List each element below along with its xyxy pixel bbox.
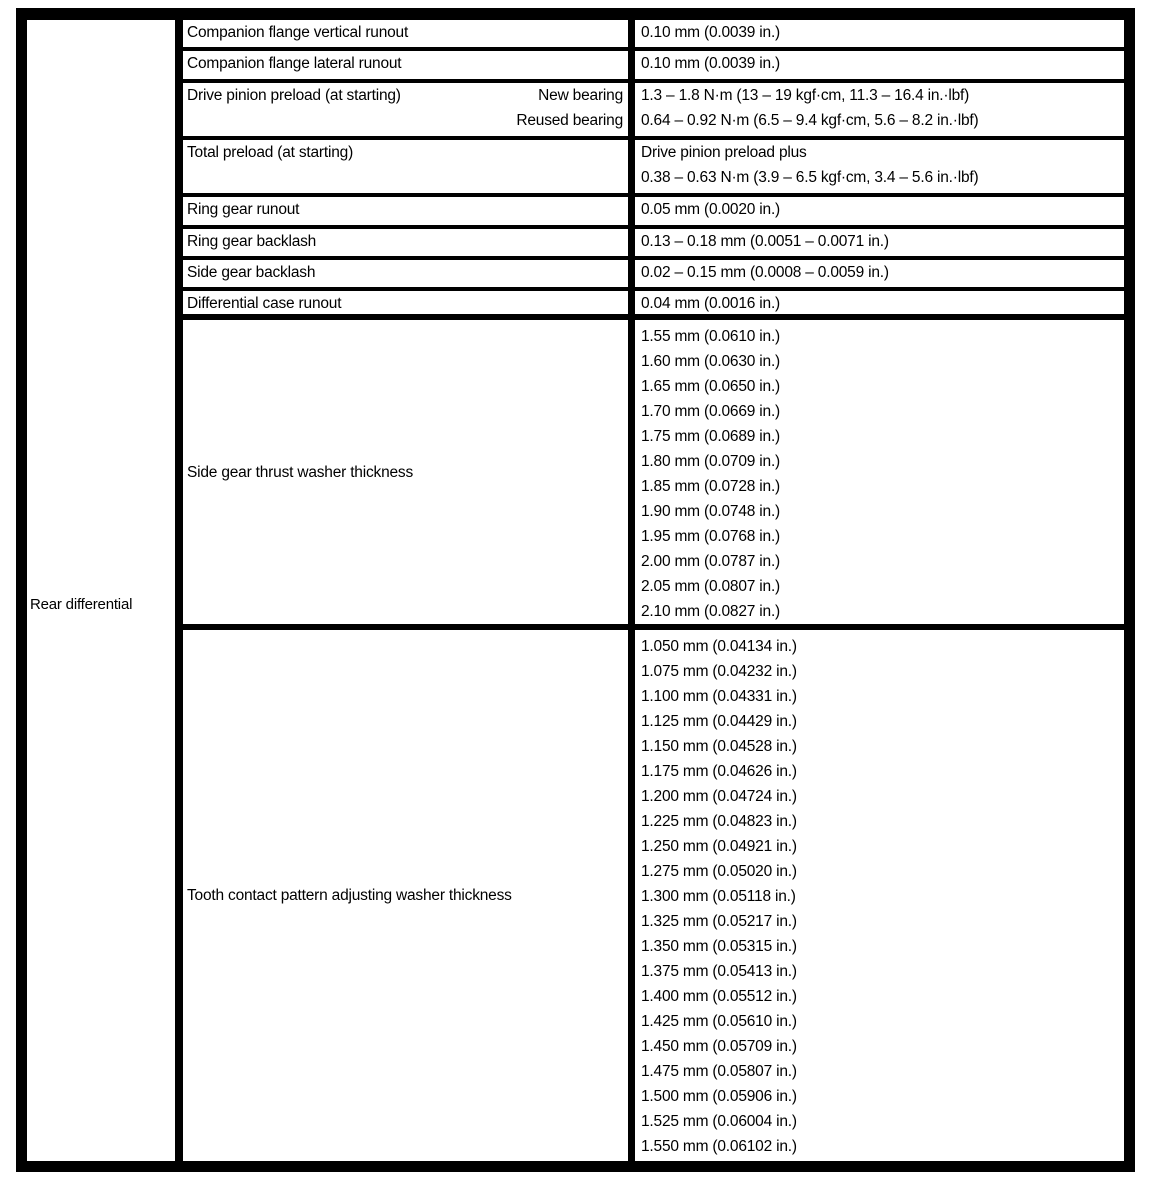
value-line: 1.325 mm (0.05217 in.) [641, 911, 1124, 936]
value-line: 0.02 – 0.15 mm (0.0008 – 0.0059 in.) [641, 262, 1124, 287]
value-line: 1.425 mm (0.05610 in.) [641, 1011, 1124, 1036]
table-row: Companion flange lateral runout0.10 mm (… [183, 51, 1124, 83]
row-value: 0.13 – 0.18 mm (0.0051 – 0.0071 in.) [635, 229, 1124, 256]
value-line: 0.13 – 0.18 mm (0.0051 – 0.0071 in.) [641, 231, 1124, 256]
row-value: 0.10 mm (0.0039 in.) [635, 51, 1124, 79]
value-line: 1.75 mm (0.0689 in.) [641, 426, 1124, 451]
row-label-text: Side gear thrust washer thickness [187, 462, 413, 483]
row-label: Companion flange vertical runout [183, 20, 635, 47]
row-label: Companion flange lateral runout [183, 51, 635, 79]
value-line: 1.85 mm (0.0728 in.) [641, 476, 1124, 501]
row-label-text: Side gear backlash [187, 264, 315, 281]
value-line: 1.500 mm (0.05906 in.) [641, 1086, 1124, 1111]
value-line: 1.225 mm (0.04823 in.) [641, 811, 1124, 836]
table-row: Drive pinion preload (at starting)New be… [183, 83, 1124, 139]
value-line: 0.04 mm (0.0016 in.) [641, 293, 1124, 318]
value-line: 1.450 mm (0.05709 in.) [641, 1036, 1124, 1061]
table-row: Differential case runout0.04 mm (0.0016 … [183, 291, 1124, 320]
table-row: Ring gear backlash0.13 – 0.18 mm (0.0051… [183, 229, 1124, 260]
value-line: 1.250 mm (0.04921 in.) [641, 836, 1124, 861]
value-line: 1.525 mm (0.06004 in.) [641, 1111, 1124, 1136]
value-line: 0.38 – 0.63 N·m (3.9 – 6.5 kgf·cm, 3.4 –… [641, 167, 1124, 192]
group-cell: Rear differential [27, 20, 183, 1161]
table-row: Companion flange vertical runout0.10 mm … [183, 20, 1124, 51]
row-label: Drive pinion preload (at starting)New be… [183, 83, 635, 135]
table-row: Side gear backlash0.02 – 0.15 mm (0.0008… [183, 260, 1124, 291]
row-value: 0.04 mm (0.0016 in.) [635, 291, 1124, 314]
value-line: 1.350 mm (0.05315 in.) [641, 936, 1124, 961]
value-line: 1.275 mm (0.05020 in.) [641, 861, 1124, 886]
value-line: 0.64 – 0.92 N·m (6.5 – 9.4 kgf·cm, 5.6 –… [641, 110, 1124, 135]
row-label-text: Differential case runout [187, 295, 341, 312]
row-label-text: Tooth contact pattern adjusting washer t… [187, 885, 512, 906]
value-line: 0.10 mm (0.0039 in.) [641, 53, 1124, 78]
value-line: 2.10 mm (0.0827 in.) [641, 601, 1124, 626]
value-line: 1.70 mm (0.0669 in.) [641, 401, 1124, 426]
spec-rows: Companion flange vertical runout0.10 mm … [183, 20, 1124, 1161]
row-label: Ring gear backlash [183, 229, 635, 256]
value-line: 0.05 mm (0.0020 in.) [641, 199, 1124, 224]
row-value: 0.05 mm (0.0020 in.) [635, 197, 1124, 224]
row-label: Ring gear runout [183, 197, 635, 224]
value-line: 1.175 mm (0.04626 in.) [641, 761, 1124, 786]
row-value: Drive pinion preload plus0.38 – 0.63 N·m… [635, 140, 1124, 193]
row-label: Differential case runout [183, 291, 635, 314]
value-line: 2.00 mm (0.0787 in.) [641, 551, 1124, 576]
row-label-text: Companion flange lateral runout [187, 55, 401, 72]
row-label: Total preload (at starting) [183, 140, 635, 193]
spec-table: Rear differential Companion flange verti… [16, 8, 1135, 1172]
row-label-text: Companion flange vertical runout [187, 24, 408, 41]
row-value: 0.02 – 0.15 mm (0.0008 – 0.0059 in.) [635, 260, 1124, 287]
value-line: 1.150 mm (0.04528 in.) [641, 736, 1124, 761]
value-line: 1.300 mm (0.05118 in.) [641, 886, 1124, 911]
table-row: Tooth contact pattern adjusting washer t… [183, 630, 1124, 1161]
value-line: 1.3 – 1.8 N·m (13 – 19 kgf·cm, 11.3 – 16… [641, 85, 1124, 110]
row-value: 1.050 mm (0.04134 in.)1.075 mm (0.04232 … [635, 630, 1124, 1161]
value-line: 0.10 mm (0.0039 in.) [641, 22, 1124, 47]
table-row: Total preload (at starting)Drive pinion … [183, 140, 1124, 197]
row-label: Tooth contact pattern adjusting washer t… [183, 630, 635, 1161]
value-line: 1.90 mm (0.0748 in.) [641, 501, 1124, 526]
value-line: 1.80 mm (0.0709 in.) [641, 451, 1124, 476]
row-label-text: Total preload (at starting) [187, 144, 353, 161]
row-value: 0.10 mm (0.0039 in.) [635, 20, 1124, 47]
value-line: 1.400 mm (0.05512 in.) [641, 986, 1124, 1011]
value-line: 1.475 mm (0.05807 in.) [641, 1061, 1124, 1086]
row-sublabel: New bearing [538, 85, 623, 106]
value-line: 1.55 mm (0.0610 in.) [641, 326, 1124, 351]
value-line: Drive pinion preload plus [641, 142, 1124, 167]
value-line: 1.375 mm (0.05413 in.) [641, 961, 1124, 986]
value-line: 1.200 mm (0.04724 in.) [641, 786, 1124, 811]
row-label: Side gear backlash [183, 260, 635, 287]
row-label: Side gear thrust washer thickness [183, 320, 635, 624]
value-line: 1.125 mm (0.04429 in.) [641, 711, 1124, 736]
group-label: Rear differential [30, 596, 132, 613]
value-line: 1.550 mm (0.06102 in.) [641, 1136, 1124, 1161]
table-row: Ring gear runout0.05 mm (0.0020 in.) [183, 197, 1124, 228]
value-line: 1.60 mm (0.0630 in.) [641, 351, 1124, 376]
row-label-text: Ring gear runout [187, 201, 299, 218]
row-value: 1.55 mm (0.0610 in.)1.60 mm (0.0630 in.)… [635, 320, 1124, 624]
row-label-text: Ring gear backlash [187, 233, 316, 250]
row-value: 1.3 – 1.8 N·m (13 – 19 kgf·cm, 11.3 – 16… [635, 83, 1124, 135]
value-line: 1.075 mm (0.04232 in.) [641, 661, 1124, 686]
value-line: 1.050 mm (0.04134 in.) [641, 636, 1124, 661]
value-line: 1.100 mm (0.04331 in.) [641, 686, 1124, 711]
value-line: 2.05 mm (0.0807 in.) [641, 576, 1124, 601]
value-line: 1.65 mm (0.0650 in.) [641, 376, 1124, 401]
table-row: Side gear thrust washer thickness1.55 mm… [183, 320, 1124, 630]
value-line: 1.95 mm (0.0768 in.) [641, 526, 1124, 551]
row-label-text: Drive pinion preload (at starting) [187, 87, 401, 104]
row-sublabel: Reused bearing [516, 110, 623, 131]
